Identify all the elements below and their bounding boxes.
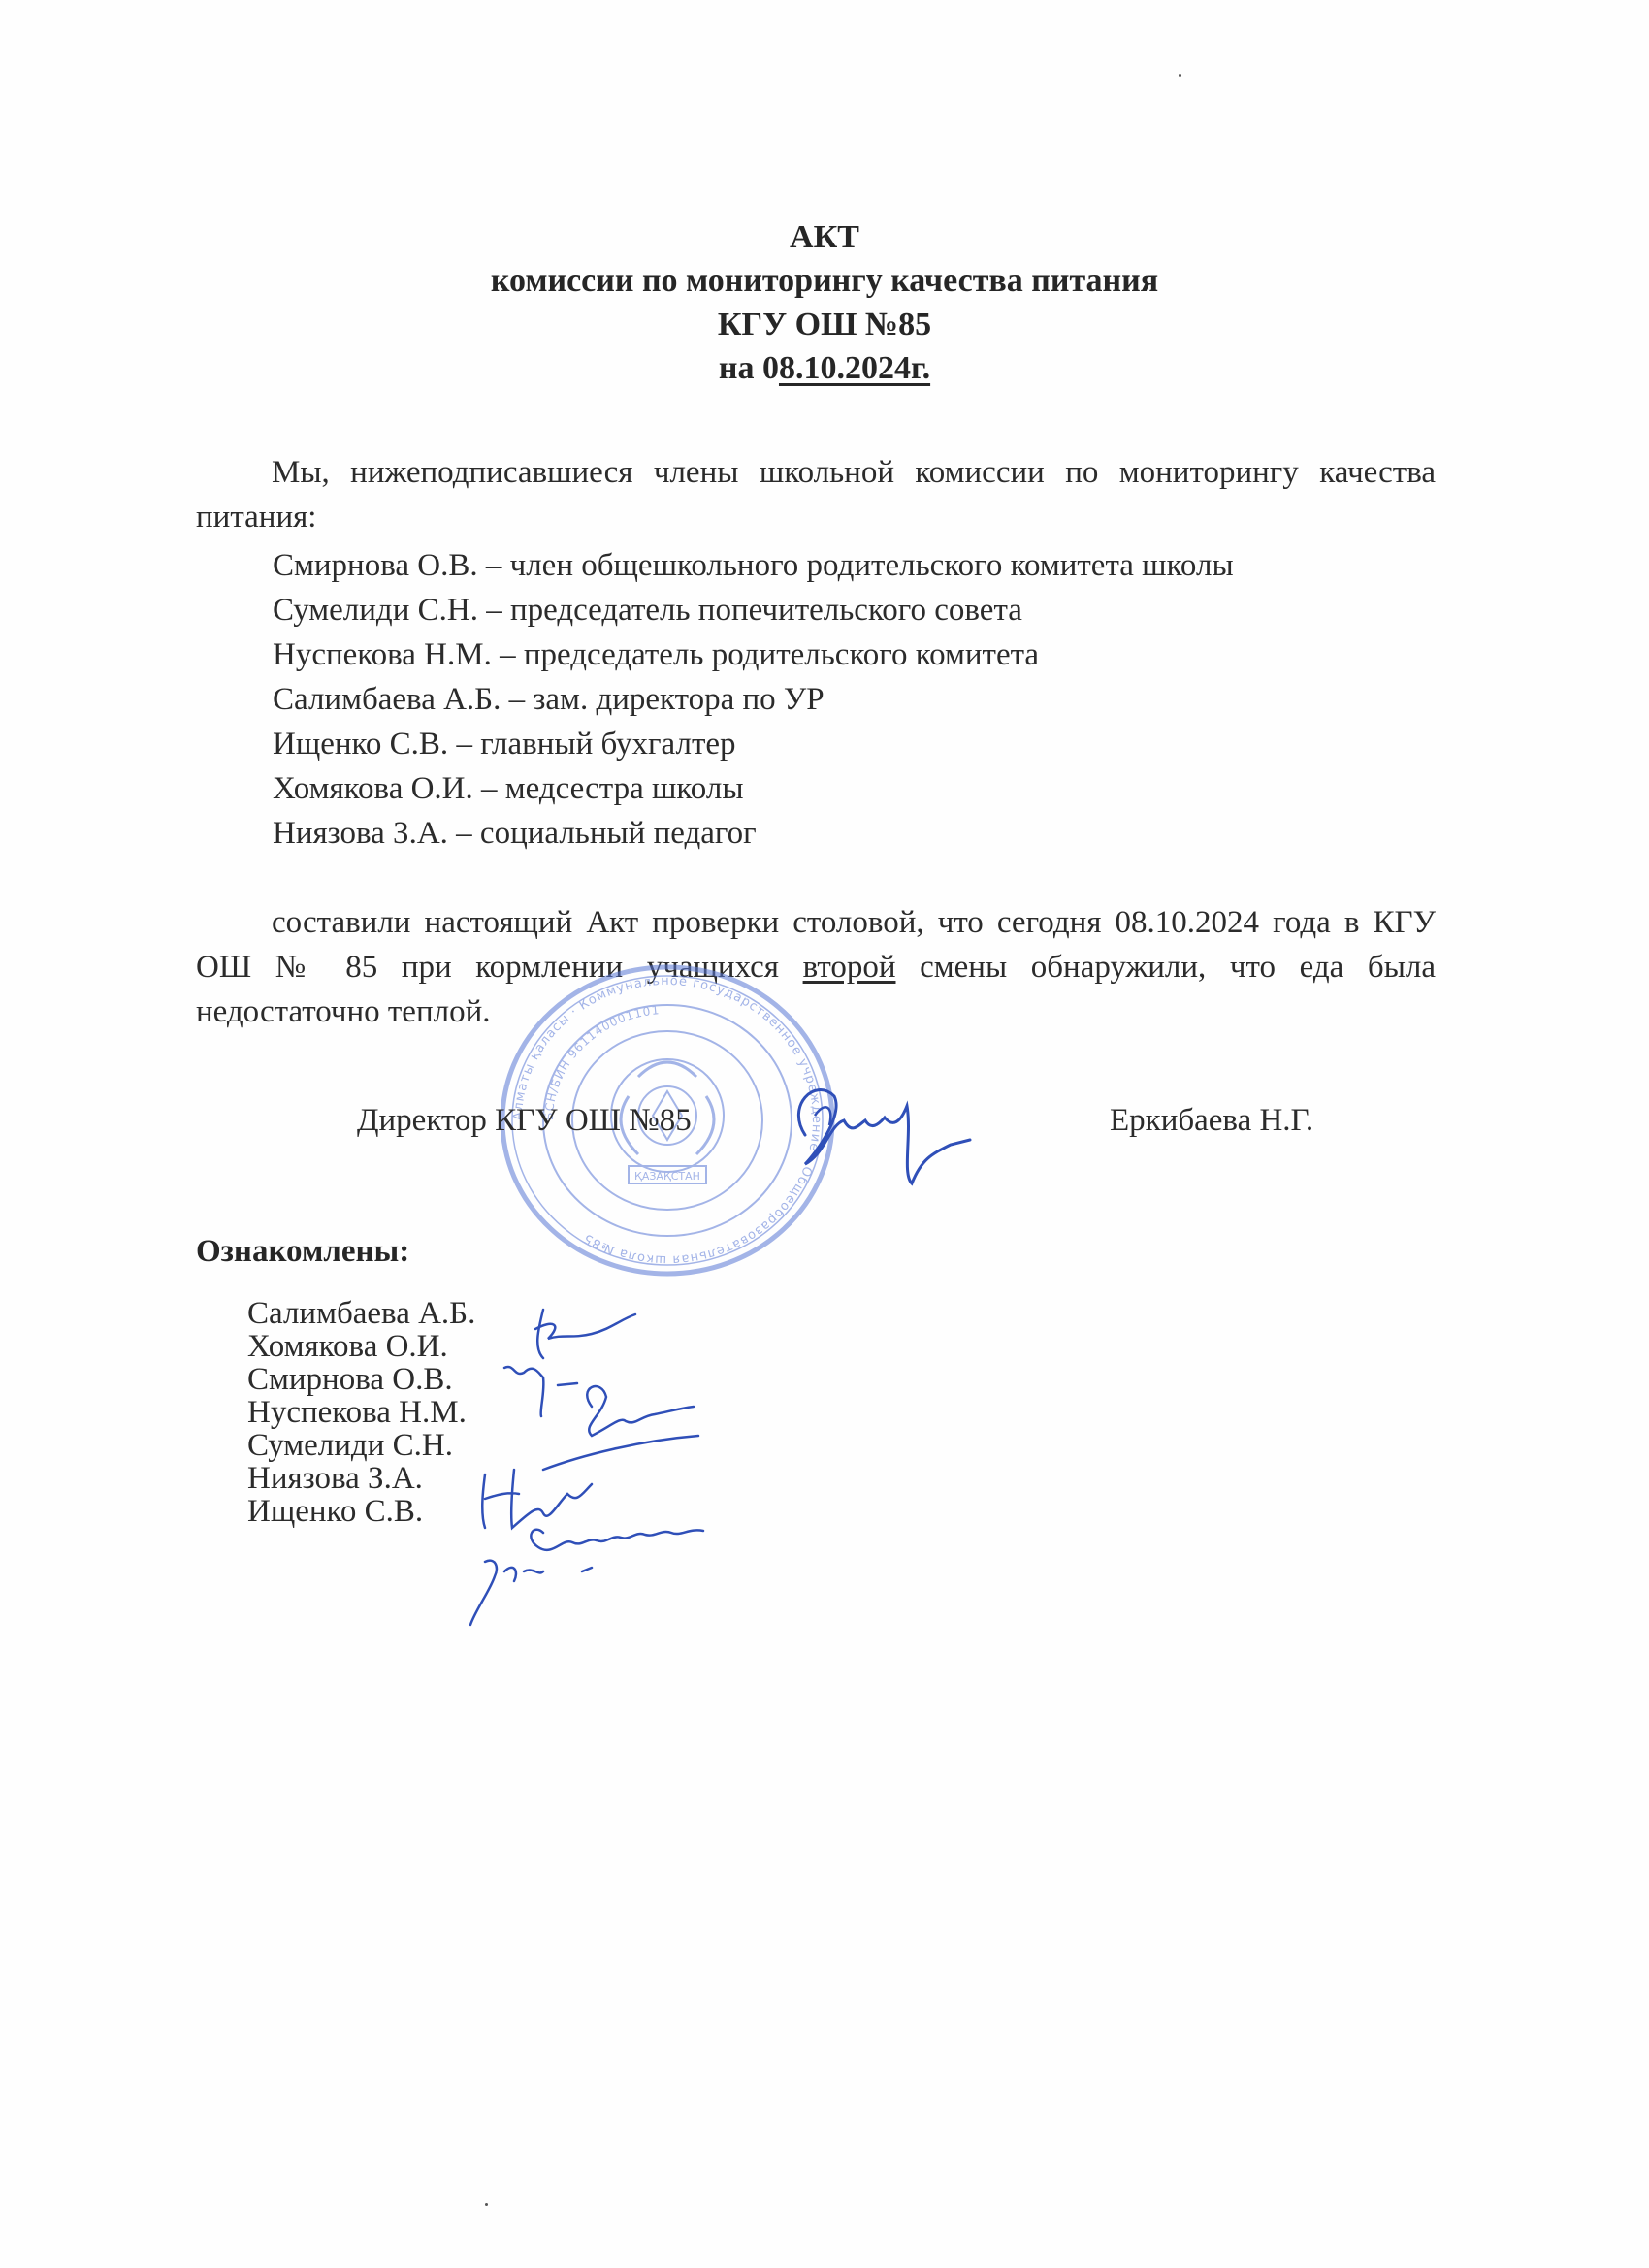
member-name: Ниязова З.А.: [273, 816, 448, 851]
member-separator: –: [448, 816, 480, 851]
title-commission: комиссии по мониторингу качества питания: [0, 259, 1649, 303]
document-page: АКТ комиссии по мониторингу качества пит…: [0, 0, 1649, 2268]
svg-text:ҚАЗАҚСТАН: ҚАЗАҚСТАН: [634, 1170, 700, 1183]
member-item: Салимбаева А.Б. – зам. директора по УР: [273, 677, 1234, 722]
member-name: Смирнова О.В.: [273, 548, 478, 583]
intro-paragraph: Мы, нижеподписавшиеся члены школьной ком…: [196, 450, 1436, 539]
acknowledged-name: Сумелиди С.Н.: [247, 1429, 475, 1462]
scan-speck: [1179, 74, 1181, 77]
member-item: Ищенко С.В. – главный бухгалтер: [273, 722, 1234, 766]
member-name: Салимбаева А.Б.: [273, 682, 501, 717]
commission-members-list: Смирнова О.В. – член общешкольного родит…: [273, 543, 1234, 856]
finding-paragraph: составили настоящий Акт проверки столово…: [196, 900, 1436, 1034]
acknowledged-name: Ниязова З.А.: [247, 1462, 475, 1495]
member-item: Смирнова О.В. – член общешкольного родит…: [273, 543, 1234, 588]
document-title-block: АКТ комиссии по мониторингу качества пит…: [0, 215, 1649, 390]
acknowledged-list: Салимбаева А.Б. Хомякова О.И. Смирнова О…: [247, 1297, 475, 1528]
member-item: Ниязова З.А. – социальный педагог: [273, 811, 1234, 856]
member-role: член общешкольного родительского комитет…: [510, 548, 1234, 583]
director-name: Еркибаева Н.Г.: [1110, 1098, 1313, 1143]
member-separator: –: [501, 682, 533, 717]
acknowledged-name: Смирнова О.В.: [247, 1363, 475, 1396]
member-role: председатель попечительского совета: [510, 593, 1022, 628]
member-name: Сумелиди С.Н.: [273, 593, 478, 628]
member-separator: –: [448, 727, 480, 761]
member-separator: –: [478, 593, 510, 628]
member-name: Хомякова О.И.: [273, 771, 473, 806]
acknowledged-heading: Ознакомлены:: [196, 1234, 409, 1270]
title-date: на 08.10.2024г.: [0, 346, 1649, 390]
member-role: зам. директора по УР: [533, 682, 824, 717]
member-item: Нуспекова Н.М. – председатель родительск…: [273, 632, 1234, 677]
director-signature-icon: [776, 1067, 999, 1203]
member-separator: –: [478, 548, 510, 583]
member-role: главный бухгалтер: [480, 727, 735, 761]
member-separator: –: [492, 637, 524, 672]
acknowledged-name: Ищенко С.В.: [247, 1495, 475, 1528]
director-title: Директор КГУ ОШ №85: [357, 1098, 692, 1143]
scan-speck: [485, 2203, 488, 2206]
member-name: Ищенко С.В.: [273, 727, 448, 761]
acknowledged-name: Нуспекова Н.М.: [247, 1396, 475, 1429]
title-act: АКТ: [0, 215, 1649, 259]
title-school: КГУ ОШ №85: [0, 303, 1649, 346]
acknowledgement-signatures-icon: [446, 1280, 834, 1630]
member-item: Сумелиди С.Н. – председатель попечительс…: [273, 588, 1234, 632]
member-role: социальный педагог: [480, 816, 757, 851]
title-date-prefix: на 0: [719, 350, 779, 386]
acknowledged-name: Хомякова О.И.: [247, 1330, 475, 1363]
member-name: Нуспекова Н.М.: [273, 637, 492, 672]
acknowledged-name: Салимбаева А.Б.: [247, 1297, 475, 1330]
finding-text-underlined: второй: [803, 950, 896, 985]
title-date-underlined: 8.10.2024г.: [779, 350, 930, 386]
member-item: Хомякова О.И. – медсестра школы: [273, 766, 1234, 811]
member-role: председатель родительского комитета: [524, 637, 1039, 672]
member-role: медсестра школы: [505, 771, 744, 806]
member-separator: –: [473, 771, 505, 806]
